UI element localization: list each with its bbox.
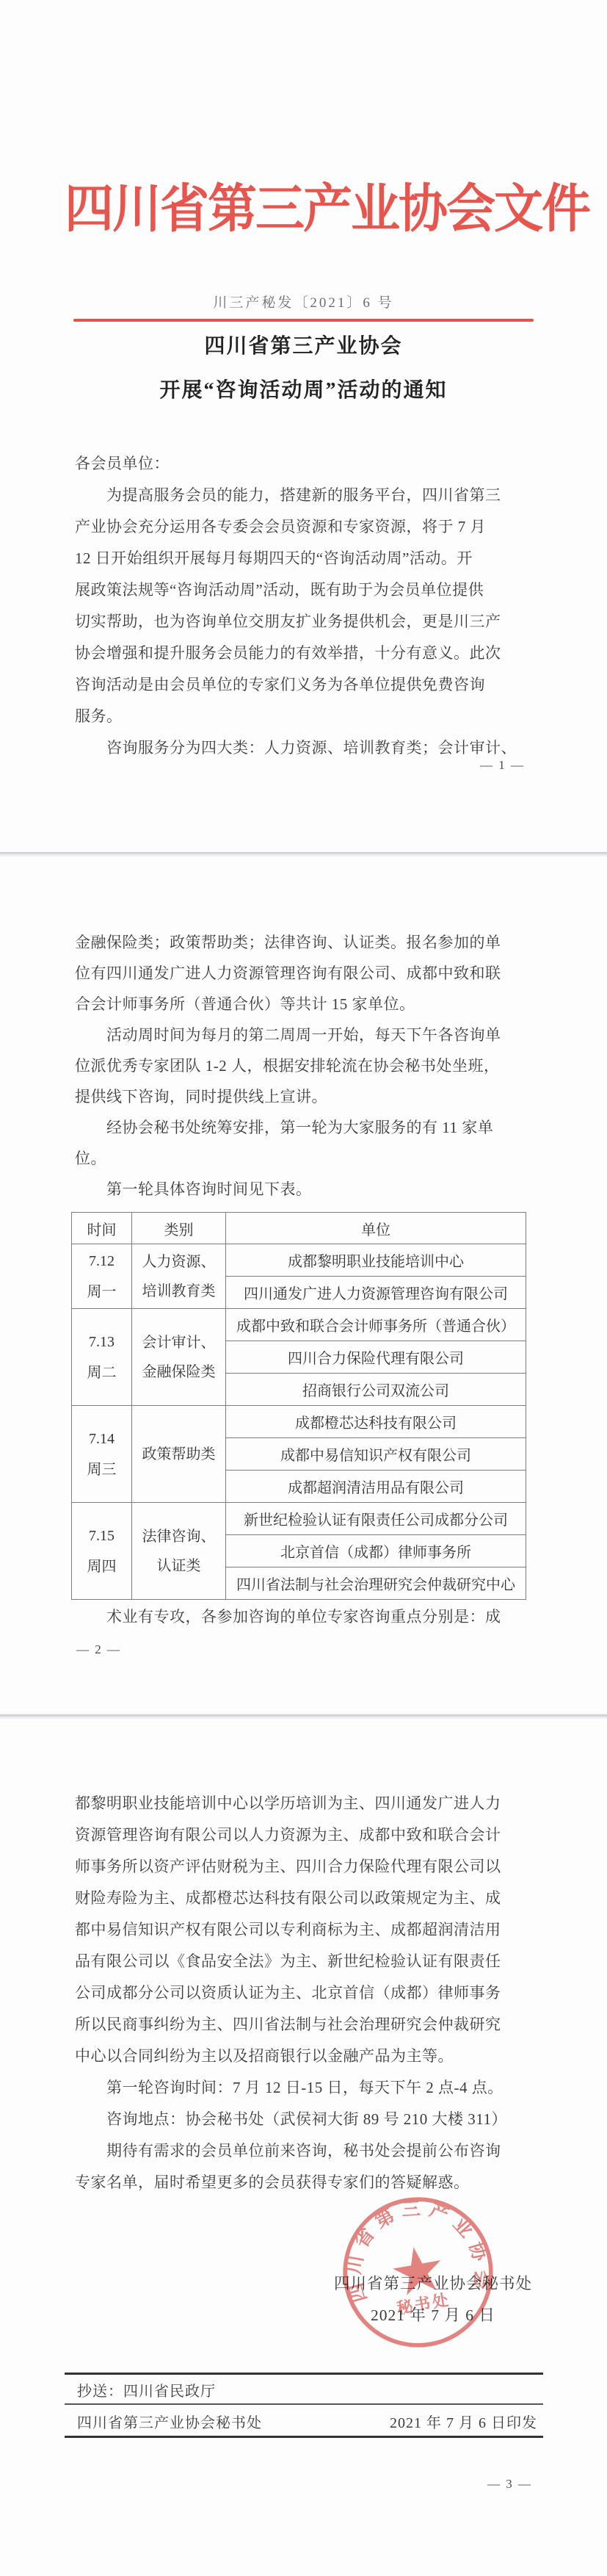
unit-cell: 四川通发广进人力资源管理咨询有限公司 xyxy=(226,1277,526,1309)
page-number-2: — 2 — xyxy=(76,1642,121,1657)
footer-rule-middle xyxy=(65,2403,543,2405)
footer-print-date: 2021 年 7 月 6 日印发 xyxy=(390,2412,537,2434)
body-paragraph-line: 期待有需求的会员单位前来咨询，秘书处会提前公布咨询 xyxy=(75,2135,542,2167)
body-paragraph-line: 术业有专攻，各参加咨询的单位专家咨询重点分别是：成 xyxy=(75,1601,542,1632)
body-paragraph-line: 资源管理咨询有限公司以人力资源为主、成都中致和联合会计 xyxy=(75,1819,542,1851)
body-paragraph-line: 中心以合同纠纷为主以及招商银行以金融产品为主等。 xyxy=(75,2041,542,2072)
body-paragraph-line: 咨询活动是由会员单位的专家们义务为各单位提供免费咨询 xyxy=(75,669,542,701)
table-header-unit: 单位 xyxy=(226,1213,526,1244)
unit-cell: 四川省法制与社会治理研究会仲裁研究中心 xyxy=(226,1567,526,1600)
body-paragraph-line: 金融保险类；政策帮助类；法律咨询、认证类。报名参加的单 xyxy=(75,927,542,958)
unit-cell: 成都超润清洁用品有限公司 xyxy=(226,1471,526,1503)
body-paragraph-line: 活动周时间为每月的第二周周一开始，每天下午各咨询单 xyxy=(75,1020,542,1050)
page-number-3: — 3 — xyxy=(487,2477,532,2492)
category-cell: 政策帮助类 xyxy=(132,1406,226,1503)
body-paragraph-line: 12 日开始组织开展每月每期四天的“咨询活动周”活动。开 xyxy=(75,543,542,574)
footer-rule-bottom xyxy=(65,2436,543,2438)
body-paragraph-line: 都黎明职业技能培训中心以学历培训为主、四川通发广进人力 xyxy=(75,1788,542,1819)
body-paragraph-line: 协会增强和提升服务会员能力的有效举措，十分有意义。此次 xyxy=(75,638,542,669)
footer-cc: 抄送：四川省民政厅 xyxy=(77,2381,216,2403)
body-paragraph-line: 位。 xyxy=(75,1143,542,1174)
page2-body-after-table: 术业有专攻，各参加咨询的单位专家咨询重点分别是：成 xyxy=(75,1601,542,1632)
page3-body: 都黎明职业技能培训中心以学历培训为主、四川通发广进人力资源管理咨询有限公司以人力… xyxy=(75,1788,542,2198)
table-row: 7.12 周一人力资源、培训教育类成都黎明职业技能培训中心 xyxy=(72,1244,526,1277)
seal-center-text: 秘书处 xyxy=(396,2290,452,2317)
body-paragraph-line: 经协会秘书处统筹安排，第一轮为大家服务的有 11 家单 xyxy=(75,1112,542,1143)
body-paragraph-line: 所以民商事纠纷为主、四川省法制与社会治理研究会仲裁研究 xyxy=(75,2009,542,2041)
footer-issue-row: 四川省第三产业协会秘书处 2021 年 7 月 6 日印发 xyxy=(77,2412,537,2434)
body-paragraph-line: 服务。 xyxy=(75,701,542,732)
table-header-time: 时间 xyxy=(72,1213,132,1244)
unit-cell: 成都中易信知识产权有限公司 xyxy=(226,1438,526,1471)
unit-cell: 四川合力保险代理有限公司 xyxy=(226,1341,526,1374)
schedule-header-row: 时间 类别 单位 xyxy=(72,1213,526,1244)
time-cell: 7.14 周三 xyxy=(72,1406,132,1503)
time-cell: 7.15 周四 xyxy=(72,1503,132,1600)
document-scan: 四川省第三产业协会文件 川三产秘发〔2021〕6 号 四川省第三产业协会 开展“… xyxy=(0,0,607,2576)
table-header-category: 类别 xyxy=(132,1213,226,1244)
table-row: 7.15 周四法律咨询、认证类新世纪检验认证有限责任公司成都分公司 xyxy=(72,1503,526,1535)
table-row: 7.13 周二会计审计、金融保险类成都中致和联合会计师事务所（普通合伙） xyxy=(72,1309,526,1341)
unit-cell: 北京首信（成都）律师事务所 xyxy=(226,1535,526,1567)
doc-number: 川三产秘发〔2021〕6 号 xyxy=(0,292,607,311)
unit-cell: 新世纪检验认证有限责任公司成都分公司 xyxy=(226,1503,526,1535)
notice-title-line1: 四川省第三产业协会 xyxy=(0,330,607,359)
body-paragraph-line: 第一轮咨询时间：7 月 12 日-15 日，每天下午 2 点-4 点。 xyxy=(75,2072,542,2104)
body-paragraph-line: 都中易信知识产权有限公司以专利商标为主、成都超润清洁用 xyxy=(75,1914,542,1946)
page-number-1: — 1 — xyxy=(480,758,525,773)
page1-body: 各会员单位： 为提高服务会员的能力，搭建新的服务平台，四川省第三产业协会充分运用… xyxy=(75,448,542,764)
body-paragraph-line: 为提高服务会员的能力，搭建新的服务平台，四川省第三 xyxy=(75,480,542,511)
body-paragraph-line: 咨询服务分为四大类：人力资源、培训教育类；会计审计、 xyxy=(75,732,542,764)
unit-cell: 成都橙芯达科技有限公司 xyxy=(226,1406,526,1438)
body-paragraph-line: 展政策法规等“咨询活动周”活动，既有助于为会员单位提供 xyxy=(75,574,542,606)
seal-star-icon xyxy=(390,2243,446,2296)
category-cell: 会计审计、金融保险类 xyxy=(132,1309,226,1406)
schedule-table-body: 7.12 周一人力资源、培训教育类成都黎明职业技能培训中心四川通发广进人力资源管… xyxy=(72,1244,526,1600)
time-cell: 7.13 周二 xyxy=(72,1309,132,1406)
time-cell: 7.12 周一 xyxy=(72,1244,132,1309)
page2-body-before-table: 金融保险类；政策帮助类；法律咨询、认证类。报名参加的单位有四川通发广进人力资源管… xyxy=(75,927,542,1205)
footer-issuer: 四川省第三产业协会秘书处 xyxy=(77,2412,262,2434)
body-paragraph-line: 公司成都分公司以资质认证为主、北京首信（成都）律师事务 xyxy=(75,1977,542,2009)
schedule-table: 时间 类别 单位 7.12 周一人力资源、培训教育类成都黎明职业技能培训中心四川… xyxy=(71,1212,526,1600)
table-row: 7.14 周三政策帮助类成都橙芯达科技有限公司 xyxy=(72,1406,526,1438)
body-paragraph-line: 产业协会充分运用各专委会会员资源和专家资源，将于 7 月 xyxy=(75,511,542,543)
body-paragraph-line: 财险寿险为主、成都橙芯达科技有限公司以政策规定为主、成 xyxy=(75,1883,542,1914)
body-paragraph-line: 位有四川通发广进人力资源管理咨询有限公司、成都中致和联 xyxy=(75,958,542,989)
page-separator xyxy=(0,852,607,857)
body-paragraph-line: 第一轮具体咨询时间见下表。 xyxy=(75,1174,542,1205)
unit-cell: 招商银行公司双流公司 xyxy=(226,1374,526,1406)
body-paragraph-line: 师事务所以资产评估财税为主、四川合力保险代理有限公司以 xyxy=(75,1851,542,1883)
page-separator xyxy=(0,1714,607,1720)
unit-cell: 成都中致和联合会计师事务所（普通合伙） xyxy=(226,1309,526,1341)
category-cell: 法律咨询、认证类 xyxy=(132,1503,226,1600)
unit-cell: 成都黎明职业技能培训中心 xyxy=(226,1244,526,1277)
notice-title-line2: 开展“咨询活动周”活动的通知 xyxy=(0,374,607,403)
body-paragraph-line: 各会员单位： xyxy=(75,448,542,480)
body-paragraph-line: 位派优秀专家团队 1-2 人，根据安排轮流在协会秘书处坐班， xyxy=(75,1050,542,1081)
body-paragraph-line: 提供线下咨询，同时提供线上宣讲。 xyxy=(75,1081,542,1112)
body-paragraph-line: 咨询地点：协会秘书处（武侯祠大街 89 号 210 大楼 311） xyxy=(75,2104,542,2135)
footer-rule-top xyxy=(65,2373,543,2375)
body-paragraph-line: 品有限公司以《食品安全法》为主、新世纪检验认证有限责任 xyxy=(75,1946,542,1977)
red-separator-rule xyxy=(73,319,534,322)
masthead-title: 四川省第三产业协会文件 xyxy=(65,179,545,240)
category-cell: 人力资源、培训教育类 xyxy=(132,1244,226,1309)
body-paragraph-line: 合会计师事务所（普通合伙）等共计 15 家单位。 xyxy=(75,989,542,1020)
body-paragraph-line: 切实帮助，也为咨询单位交朋友扩业务提供机会，更是川三产 xyxy=(75,606,542,638)
official-seal: 四川省第三产业协会 秘书处 xyxy=(327,2181,509,2364)
